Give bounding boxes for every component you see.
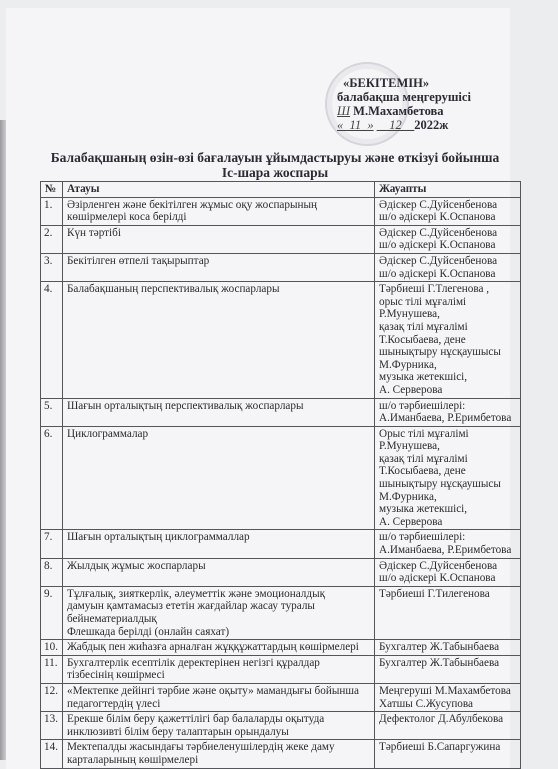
row-name-line: бейнематериалдық — [67, 613, 371, 626]
approval-block: «БЕКІТЕМІН» балабақша меңгерушісі Ш М.Ма… — [333, 76, 533, 132]
row-name-line: инклюзивті білім беру талаптарын орындал… — [67, 726, 371, 739]
row-name-line: көшірмелері коса берілді — [67, 211, 371, 224]
row-name: Балабақшаның перспективалық жоспарлары — [63, 282, 375, 398]
table-row: 10.Жабдық пен жиһазға арналған жұққұжатт… — [41, 640, 521, 656]
row-responsible-line: Бухгалтер Ж.Табынбаева — [379, 641, 517, 654]
row-responsible: Дефектолог Д.Абулбекова — [375, 712, 521, 740]
row-number: 11. — [41, 655, 63, 683]
row-responsible: Әдіскер С.Дуйсенбеноваш/о әдіскері К.Осп… — [375, 253, 521, 281]
table-row: 4.Балабақшаның перспективалық жоспарлары… — [41, 282, 521, 398]
row-name: Жылдық жұмыс жоспарлары — [63, 558, 375, 586]
row-number: 6. — [41, 426, 63, 530]
row-responsible-line: Т.Косыбаева, дене — [379, 465, 517, 478]
row-responsible: Тәрбиеші Г.Тилегенова — [375, 586, 521, 639]
row-name: Жабдық пен жиһазға арналған жұққұжаттард… — [63, 640, 375, 656]
row-responsible-line: Әдіскер С.Дуйсенбенова — [379, 227, 517, 240]
approval-date-year: 2022ж — [414, 118, 448, 132]
row-name-line: педагогтердің үлесі — [67, 698, 371, 711]
row-name: Күн тәртібі — [63, 225, 375, 253]
row-responsible-line: Тәрбиеші Г.Тилегенова — [379, 588, 517, 601]
row-responsible-line: А. Серверова — [379, 384, 517, 397]
row-responsible: Тәрбиеші Г.Тлегенова ,орыс тілі мұғалімі… — [375, 282, 521, 398]
row-responsible-line: Хатшы С.Жусупова — [379, 698, 517, 711]
row-responsible-line: ш/о әдіскері К.Оспанова — [379, 211, 517, 224]
row-number: 4. — [41, 282, 63, 398]
row-responsible-line: шынықтыру нұсқаушысы — [379, 346, 517, 359]
row-name: Ерекше білім беру қажеттілігі бар балала… — [63, 712, 375, 740]
row-responsible: Орыс тілі мұғаліміР.Мунушева,қазақ тілі … — [375, 426, 521, 530]
row-responsible-line: Орыс тілі мұғалімі — [379, 428, 517, 441]
row-responsible-line: ш/о әдіскері К.Оспанова — [379, 268, 517, 281]
row-responsible-line: Әдіскер С.Дуйсенбенова — [379, 199, 517, 212]
row-responsible: ш/о тәрбиешілері:А.Иманбаева, Р.Еримбето… — [375, 530, 521, 558]
table-row: 3.Бекітілген өтпелі тақырыптарӘдіскер С.… — [41, 253, 521, 281]
row-name-line: дамуын қамтамасыз ететін жағдайлар жасау… — [67, 600, 371, 613]
row-name-line: Балабақшаның перспективалық жоспарлары — [67, 283, 371, 296]
row-name-line: Мектепалды жасындағы тәрбиеленушілердің … — [67, 741, 371, 754]
row-number: 5. — [41, 398, 63, 426]
row-name: Циклограммалар — [63, 426, 375, 530]
table-row: 13.Ерекше білім беру қажеттілігі бар бал… — [41, 712, 521, 740]
row-responsible: Меңгеруші М.МахамбетоваХатшы С.Жусупова — [375, 683, 521, 711]
row-responsible: Тәрбиеші Б.Сапаргужина — [375, 740, 521, 768]
table-row: 12.«Мектепке дейінгі тәрбие және оқыту» … — [41, 683, 521, 711]
row-name-line: Жылдық жұмыс жоспарлары — [67, 560, 371, 573]
document-title: Балабақшаның өзін-өзі бағалауын ұйымдаст… — [40, 150, 510, 180]
row-responsible-line: ш/о тәрбиешілері: — [379, 531, 517, 544]
row-name: Мектепалды жасындағы тәрбиеленушілердің … — [63, 740, 375, 768]
approval-signature-line: Ш М.Махамбетова — [333, 104, 533, 118]
row-responsible-line: Әдіскер С.Дуйсенбенова — [379, 560, 517, 573]
row-responsible-line: Бухгалтер Ж.Табынбаева — [379, 657, 517, 670]
row-responsible-line: Меңгеруші М.Махамбетова — [379, 685, 517, 698]
table-row: 2.Күн тәртібіӘдіскер С.Дуйсенбеноваш/о ә… — [41, 225, 521, 253]
row-name-line: карталарының көшірмелері — [67, 754, 371, 767]
row-responsible: Бухгалтер Ж.Табынбаева — [375, 640, 521, 656]
row-name-line: Ерекше білім беру қажеттілігі бар балала… — [67, 713, 371, 726]
row-number: 10. — [41, 640, 63, 656]
row-number: 13. — [41, 712, 63, 740]
table-row: 14.Мектепалды жасындағы тәрбиеленушілерд… — [41, 740, 521, 768]
row-responsible-line: ш/о әдіскері К.Оспанова — [379, 239, 517, 252]
row-responsible-line: А. Серверова — [379, 516, 517, 529]
row-responsible-line: орыс тілі мұғалімі — [379, 296, 517, 309]
row-name-line: Бекітілген өтпелі тақырыптар — [67, 255, 371, 268]
row-responsible: Бухгалтер Ж.Табынбаева — [375, 655, 521, 683]
row-responsible: Әдіскер С.Дуйсенбеноваш/о әдіскері К.Осп… — [375, 558, 521, 586]
row-name-line: «Мектепке дейінгі тәрбие және оқыту» мам… — [67, 685, 371, 698]
row-responsible-line: шынықтыру нұсқаушысы — [379, 478, 517, 491]
header-responsible: Жауапты — [375, 182, 521, 198]
row-responsible-line: М.Фурника, — [379, 359, 517, 372]
table-row: 1.Әзірленген және бекітілген жұмыс оқу ж… — [41, 197, 521, 225]
row-name-line: Әзірленген және бекітілген жұмыс оқу жос… — [67, 199, 371, 212]
approval-heading: «БЕКІТЕМІН» — [333, 76, 533, 90]
row-number: 7. — [41, 530, 63, 558]
header-num: № — [41, 182, 63, 198]
row-number: 14. — [41, 740, 63, 768]
table-header-row: № Атауы Жауапты — [41, 182, 521, 198]
row-name-line: Жабдық пен жиһазға арналған жұққұжаттард… — [67, 641, 371, 654]
row-responsible-line: музыка жетекшісі, — [379, 503, 517, 516]
table-body: 1.Әзірленген және бекітілген жұмыс оқу ж… — [41, 197, 521, 768]
row-name-line: Шағын орталықтың циклограммаллар — [67, 531, 371, 544]
row-responsible-line: А.Иманбаева, Р.Еримбетова — [379, 544, 517, 557]
approval-date-day: «_11_» — [337, 118, 374, 132]
table-row: 8.Жылдық жұмыс жоспарларыӘдіскер С.Дуйсе… — [41, 558, 521, 586]
row-responsible-line: Әдіскер С.Дуйсенбенова — [379, 255, 517, 268]
table-row: 11.Бухгалтерлік есептілік деректерінен н… — [41, 655, 521, 683]
row-responsible-line: ш/о әдіскері К.Оспанова — [379, 572, 517, 585]
row-name: Бухгалтерлік есептілік деректерінен негі… — [63, 655, 375, 683]
row-number: 1. — [41, 197, 63, 225]
row-responsible-line: А.Иманбаева, Р.Еримбетова — [379, 412, 517, 425]
row-number: 3. — [41, 253, 63, 281]
row-name-line: Күн тәртібі — [67, 227, 371, 240]
row-responsible: Әдіскер С.Дуйсенбеноваш/о әдіскері К.Осп… — [375, 225, 521, 253]
row-responsible: Әдіскер С.Дуйсенбеноваш/о әдіскері К.Осп… — [375, 197, 521, 225]
row-responsible-line: қазақ тілі мұғалімі — [379, 321, 517, 334]
row-responsible-line: М.Фурника, — [379, 491, 517, 504]
approval-date: «_11_» __12__2022ж — [333, 118, 533, 132]
handwritten-signature: Ш — [337, 104, 350, 118]
row-name-line: Шағын орталықтың перспективалық жоспарла… — [67, 400, 371, 413]
plan-table: № Атауы Жауапты 1.Әзірленген және бекіті… — [40, 181, 521, 769]
table-row: 9.Тұлғалық, зияткерлік, әлеуметтік және … — [41, 586, 521, 639]
row-name-line: тізбесінің көшірмесі — [67, 669, 371, 682]
row-name-line: Циклограммалар — [67, 428, 371, 441]
approval-signatory: М.Махамбетова — [353, 104, 443, 118]
title-line-1: Балабақшаның өзін-өзі бағалауын ұйымдаст… — [40, 150, 510, 165]
row-responsible-line: Тәрбиеші Б.Сапаргужина — [379, 741, 517, 754]
row-number: 8. — [41, 558, 63, 586]
row-name: Әзірленген және бекітілген жұмыс оқу жос… — [63, 197, 375, 225]
title-line-2: Іс-шара жоспары — [40, 165, 510, 180]
header-name: Атауы — [63, 182, 375, 198]
table-row: 5.Шағын орталықтың перспективалық жоспар… — [41, 398, 521, 426]
row-responsible-line: Р.Мунушева, — [379, 308, 517, 321]
row-name-line: Флешкада берілді (онлайн саяхат) — [67, 626, 371, 639]
row-name: Шағын орталықтың циклограммаллар — [63, 530, 375, 558]
row-responsible: ш/о тәрбиешілері:А.Иманбаева, Р.Еримбето… — [375, 398, 521, 426]
row-number: 12. — [41, 683, 63, 711]
row-name: «Мектепке дейінгі тәрбие және оқыту» мам… — [63, 683, 375, 711]
row-responsible-line: Т.Косыбаева, дене — [379, 334, 517, 347]
row-name: Бекітілген өтпелі тақырыптар — [63, 253, 375, 281]
row-responsible-line: музыка жетекшісі, — [379, 371, 517, 384]
row-name: Шағын орталықтың перспективалық жоспарла… — [63, 398, 375, 426]
table-row: 6.ЦиклограммаларОрыс тілі мұғаліміР.Муну… — [41, 426, 521, 530]
row-responsible-line: Тәрбиеші Г.Тлегенова , — [379, 283, 517, 296]
row-responsible-line: қазақ тілі мұғалімі — [379, 453, 517, 466]
row-name-line: Тұлғалық, зияткерлік, әлеуметтік және эм… — [67, 588, 371, 601]
table-row: 7.Шағын орталықтың циклограммалларш/о тә… — [41, 530, 521, 558]
row-responsible-line: Дефектолог Д.Абулбекова — [379, 713, 517, 726]
approval-position: балабақша меңгерушісі — [333, 90, 533, 104]
row-number: 9. — [41, 586, 63, 639]
row-responsible-line: ш/о тәрбиешілері: — [379, 400, 517, 413]
row-name-line: Бухгалтерлік есептілік деректерінен негі… — [67, 657, 371, 670]
row-responsible-line: Р.Мунушева, — [379, 440, 517, 453]
row-name: Тұлғалық, зияткерлік, әлеуметтік және эм… — [63, 586, 375, 639]
row-number: 2. — [41, 225, 63, 253]
approval-date-month: __12__ — [377, 118, 415, 132]
